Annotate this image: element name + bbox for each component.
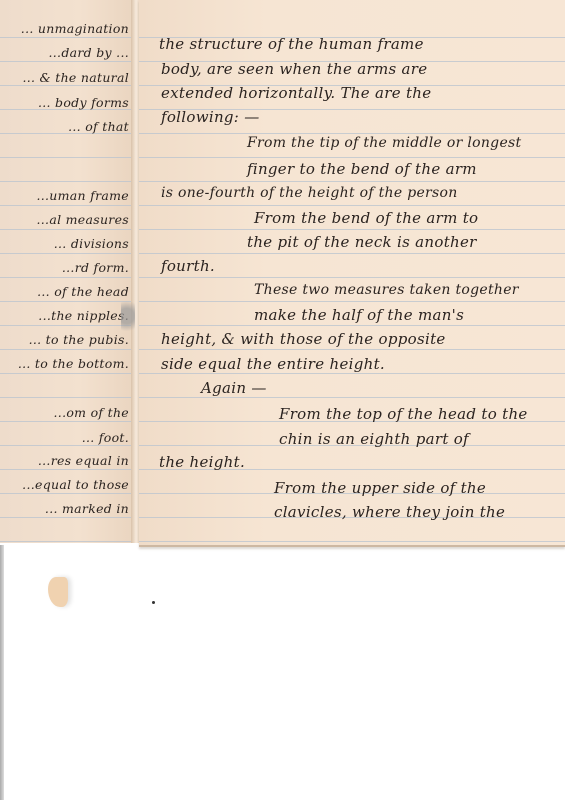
right-line: Again — xyxy=(201,379,267,397)
left-line: ...equal to those xyxy=(22,477,129,492)
right-line: is one-fourth of the height of the perso… xyxy=(161,185,458,201)
right-line: From the tip of the middle or longest xyxy=(247,135,521,151)
right-line: From the upper side of the xyxy=(274,479,486,497)
left-line: ...uman frame xyxy=(36,188,129,203)
left-line: ...dard by ... xyxy=(49,45,129,60)
right-line: the height. xyxy=(159,453,245,471)
torn-edge xyxy=(121,300,135,340)
right-page: the structure of the human frame body, a… xyxy=(139,0,565,547)
left-line: ... of the head xyxy=(37,284,129,299)
left-line: ... of that xyxy=(68,119,129,134)
left-line: ...res equal in xyxy=(38,453,129,468)
left-line: ... marked in xyxy=(45,501,129,516)
right-line: finger to the bend of the arm xyxy=(247,160,477,178)
right-line: These two measures taken together xyxy=(254,282,519,298)
right-line: following: — xyxy=(161,108,260,126)
right-line: make the half of the man's xyxy=(254,306,464,324)
right-line: side equal the entire height. xyxy=(161,355,385,373)
left-line: ... divisions xyxy=(54,236,129,251)
left-page: ... unmagination ...dard by ... ... & th… xyxy=(0,0,133,543)
left-line: ... to the pubis. xyxy=(29,332,129,347)
right-line: height, & with those of the opposite xyxy=(161,330,446,348)
left-line: ... foot. xyxy=(82,430,129,445)
left-line: ... unmagination xyxy=(21,21,129,36)
right-line: extended horizontally. The are the xyxy=(161,84,431,102)
scanner-edge xyxy=(0,545,4,800)
left-line: ... & the natural xyxy=(22,70,129,85)
right-line: fourth. xyxy=(161,257,215,275)
notebook-scan: ... unmagination ...dard by ... ... & th… xyxy=(0,0,565,800)
right-line: From the bend of the arm to xyxy=(254,209,478,227)
right-line: body, are seen when the arms are xyxy=(161,60,427,78)
left-line: ...al measures xyxy=(37,212,130,227)
right-line: From the top of the head to the xyxy=(279,405,528,423)
left-line: ... to the bottom. xyxy=(18,356,129,371)
right-line: clavicles, where they join the xyxy=(274,503,505,521)
left-line: ...the nipples. xyxy=(38,308,129,323)
left-line: ...om of the xyxy=(54,405,129,420)
paper-fragment xyxy=(48,577,68,607)
right-line: the structure of the human frame xyxy=(159,35,424,53)
left-line: ...rd form. xyxy=(62,260,129,275)
left-line: ... body forms xyxy=(38,95,129,110)
right-line: chin is an eighth part of xyxy=(279,430,469,448)
dust-speck xyxy=(152,601,155,604)
right-line: the pit of the neck is another xyxy=(247,233,477,251)
